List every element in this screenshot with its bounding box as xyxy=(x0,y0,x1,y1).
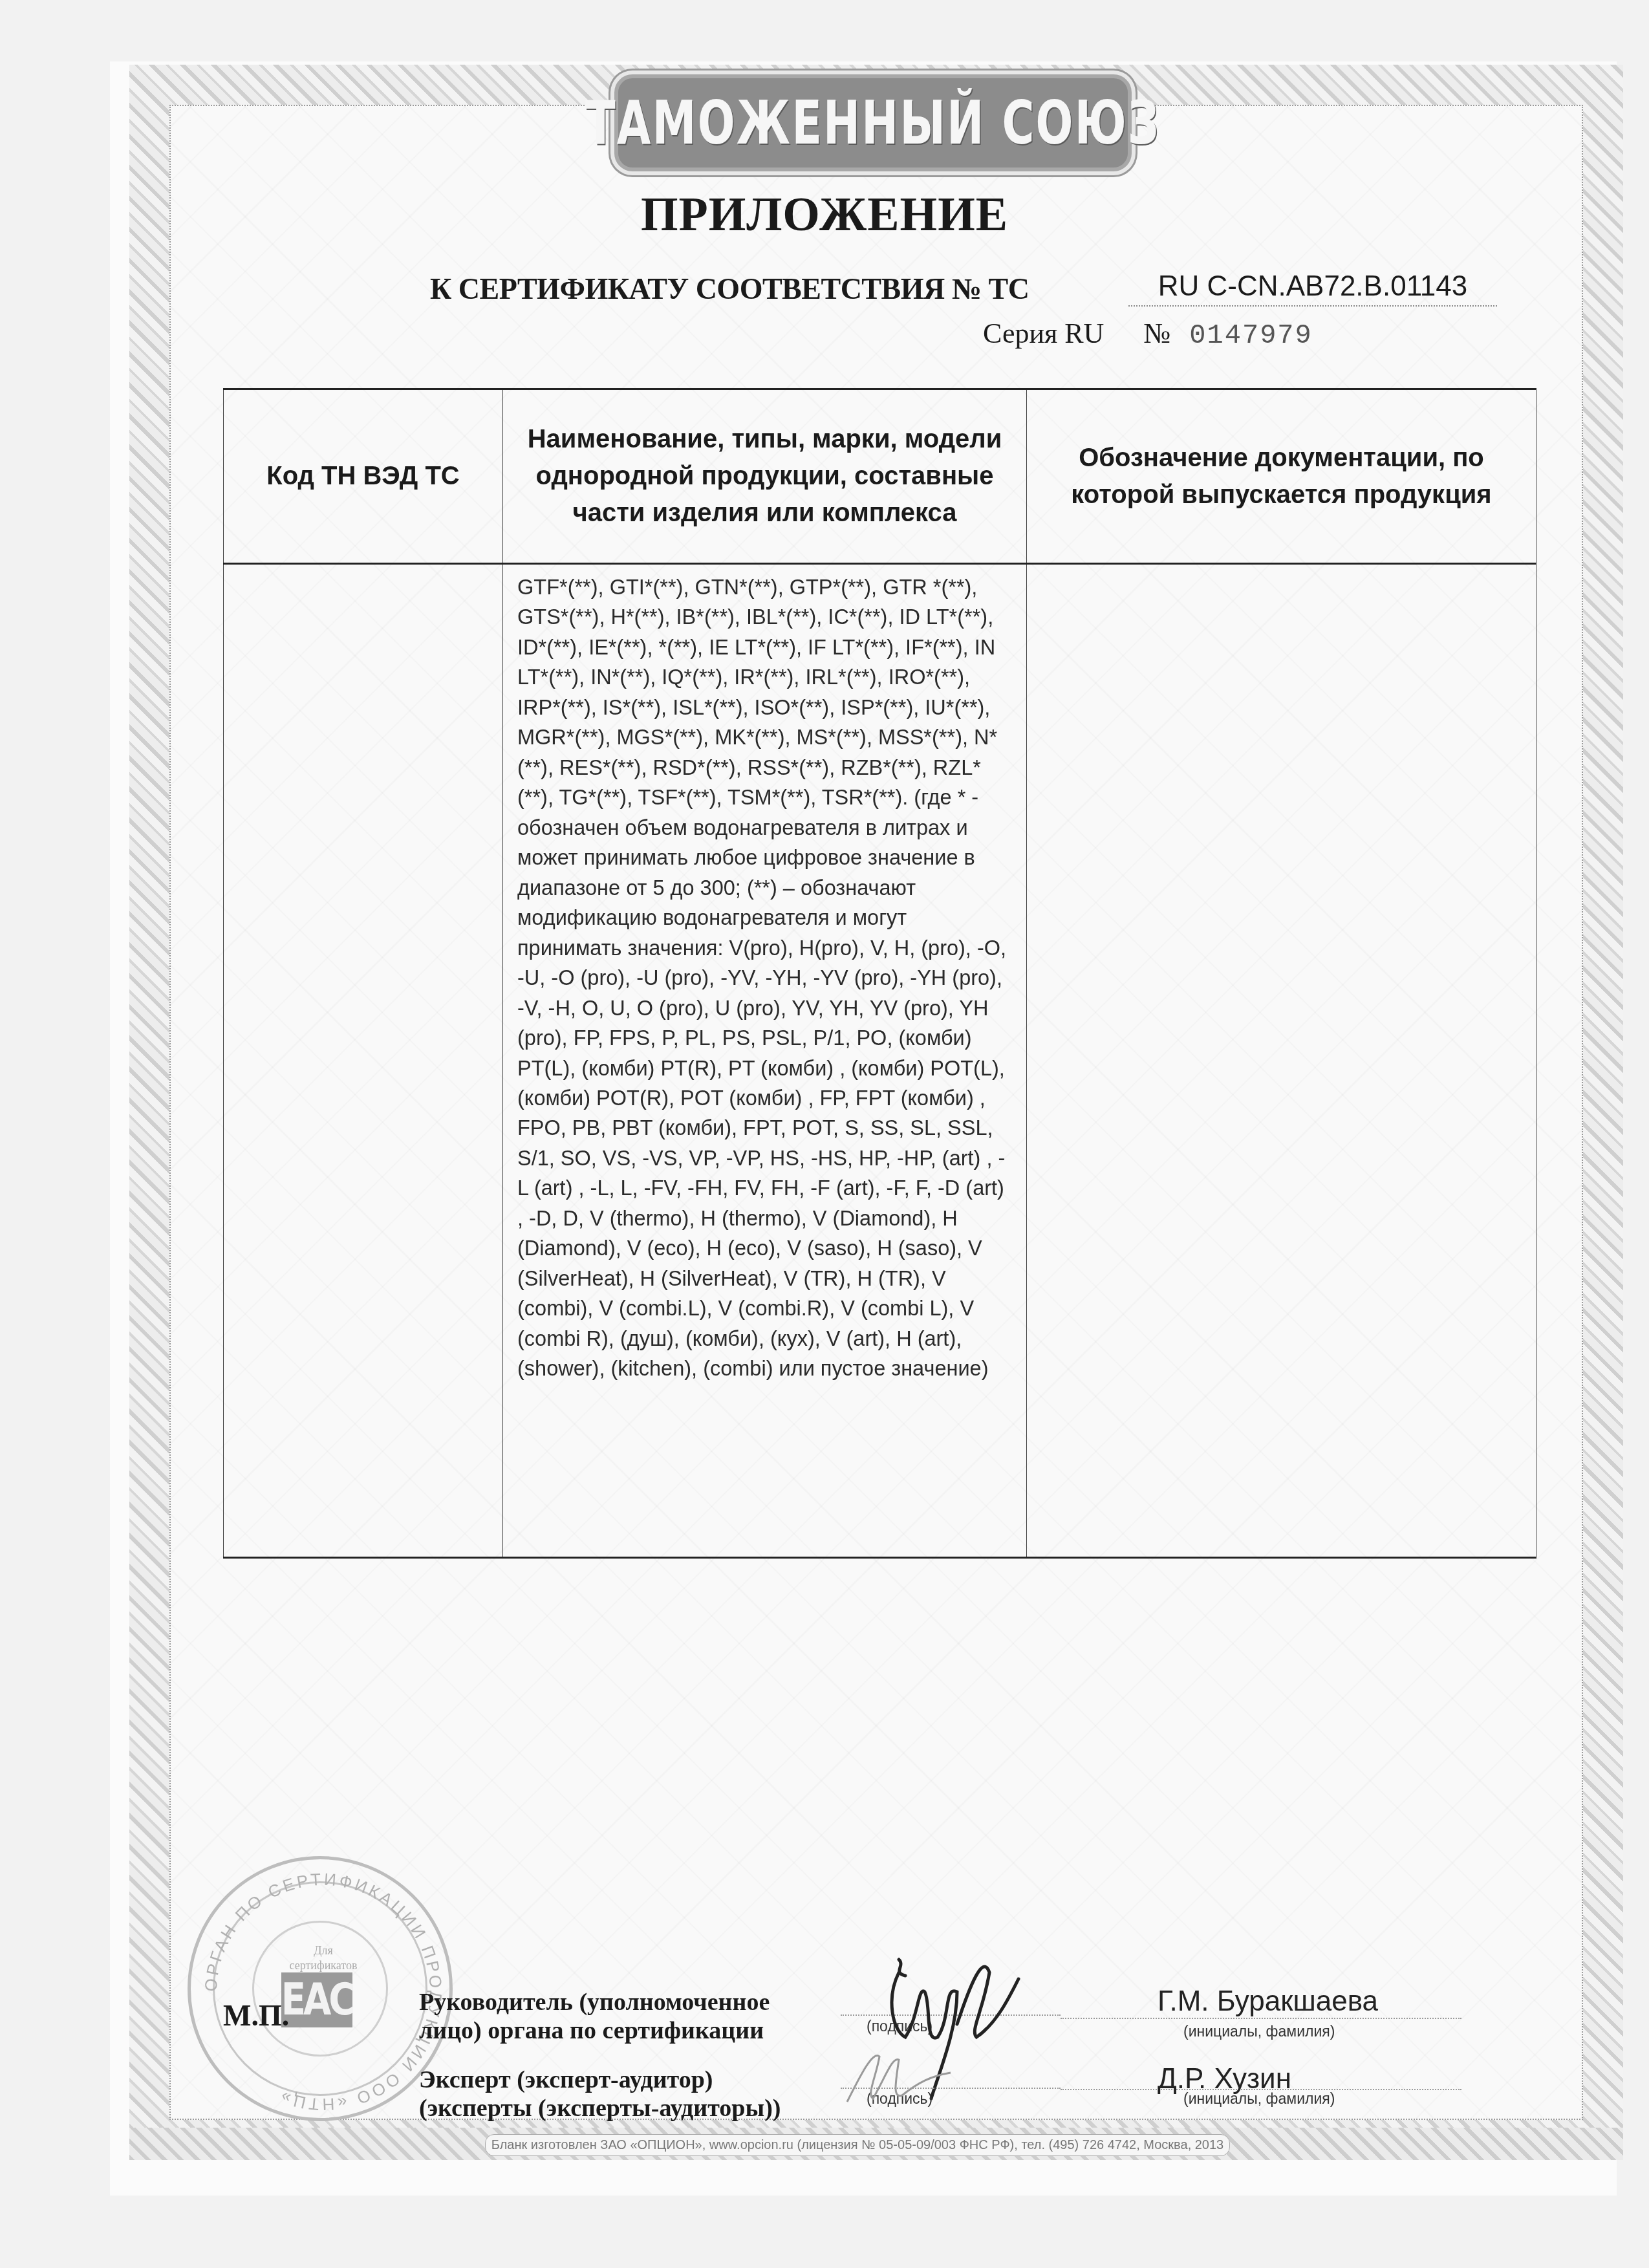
certificate-label: К СЕРТИФИКАТУ СООТВЕТСТВИЯ № ТС xyxy=(430,272,1029,306)
table-row: GTF*(**), GTI*(**), GTN*(**), GTP*(**), … xyxy=(224,564,1536,1558)
certificate-number: RU C-CN.AB72.B.01143 xyxy=(1128,270,1497,307)
table-header-row: Код ТН ВЭД ТС Наименование, типы, марки,… xyxy=(224,389,1536,564)
head-name-line xyxy=(1061,2018,1461,2019)
column-header-hs-code: Код ТН ВЭД ТС xyxy=(224,389,503,564)
document-title: ПРИЛОЖЕНИЕ xyxy=(0,188,1649,243)
expert-signature-icon xyxy=(841,2037,970,2115)
expert-role-label: Эксперт (эксперт-аудитор) (эксперты (экс… xyxy=(419,2066,807,2122)
banner-text: ТАМОЖЕННЫЙ СОЮЗ xyxy=(585,89,1160,158)
form-series: Серия RU № 0147979 xyxy=(983,317,1313,351)
column-header-product-names: Наименование, типы, марки, модели одноро… xyxy=(503,389,1027,564)
eac-mark-text: EAC xyxy=(281,1975,353,2025)
stamp-center-text: Для сертификатов xyxy=(281,1943,365,1974)
seal-place-label: М.П. xyxy=(223,1998,289,2033)
series-number: 0147979 xyxy=(1189,320,1312,351)
expert-name-caption: (инициалы, фамилия) xyxy=(1183,2090,1335,2108)
products-table: Код ТН ВЭД ТС Наименование, типы, марки,… xyxy=(223,388,1536,1559)
customs-union-banner: ТАМОЖЕННЫЙ СОЮЗ xyxy=(614,74,1132,171)
series-label: Серия RU xyxy=(983,318,1104,349)
head-name: Г.М. Буракшаева xyxy=(1158,1985,1378,2018)
head-name-caption: (инициалы, фамилия) xyxy=(1183,2023,1335,2040)
column-header-documentation: Обозначение документации, по которой вып… xyxy=(1027,389,1536,564)
head-role-label: Руководитель (уполномоченное лицо) орган… xyxy=(419,1989,781,2045)
eac-mark-icon: EAC xyxy=(281,1972,352,2027)
certificate-reference: К СЕРТИФИКАТУ СООТВЕТСТВИЯ № ТС RU C-CN.… xyxy=(430,265,1465,317)
cell-hs-code xyxy=(224,564,503,1558)
printer-imprint: Бланк изготовлен ЗАО «ОПЦИОН», www.opcio… xyxy=(485,2134,1230,2156)
cell-documentation xyxy=(1027,564,1536,1558)
series-number-sign: № xyxy=(1143,318,1170,349)
cell-product-names: GTF*(**), GTI*(**), GTN*(**), GTP*(**), … xyxy=(503,564,1027,1558)
